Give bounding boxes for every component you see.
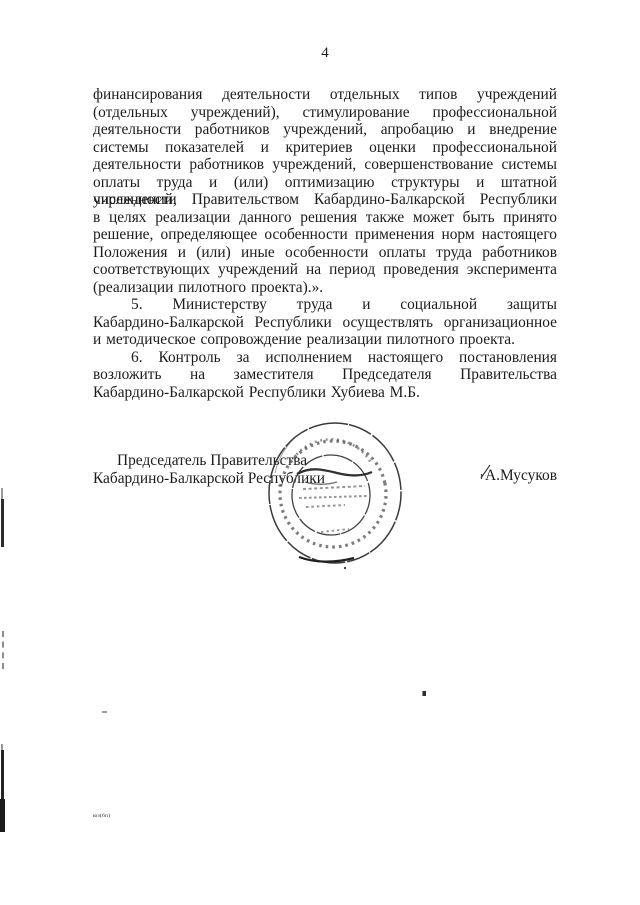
text-line: Кабардино-Балкарской Республики Хубиева … (93, 384, 557, 402)
text-line: деятельности работников учреждений, сове… (93, 156, 557, 174)
text-line: в целях реализации данного решения также… (93, 209, 557, 227)
text-line: Кабардино-Балкарской Республики осуществ… (93, 314, 557, 332)
text-line: соответствующих учреждений на период про… (93, 261, 557, 279)
page-number: 4 (93, 45, 557, 62)
text-line: решение, определяющее особенности примен… (93, 226, 557, 244)
text-line: Положения и (или) иные особенности оплат… (93, 244, 557, 262)
scan-speck-2 (102, 711, 107, 713)
document-body: финансирования деятельности отдельных ти… (93, 86, 557, 401)
signature-flourish (297, 469, 372, 475)
signature-stroke-icon (479, 462, 493, 482)
footer-clerk-mark: юз(6п) (93, 813, 110, 819)
text-line: и методическое сопровождение реализации … (93, 331, 557, 349)
text-line: учреждений, Правительством Кабардино-Бал… (93, 191, 557, 209)
text-line: (отдельных учреждений), стимулирование п… (93, 104, 557, 122)
text-line: (реализации пилотного проекта).». (93, 279, 557, 297)
seal-inner-ring (292, 455, 370, 535)
scan-artifact-dashes (2, 631, 4, 669)
scan-speck-1 (422, 691, 426, 696)
official-seal (253, 411, 421, 577)
text-line: финансирования деятельности отдельных ти… (93, 86, 557, 104)
seal-ring-text (270, 431, 396, 557)
text-line: возложить на заместителя Председателя Пр… (93, 366, 557, 384)
text-line: 6. Контроль за исполнением настоящего по… (93, 349, 557, 367)
signatory-name: А.Мусуков (485, 467, 557, 484)
scan-artifact-bar-2-thick (0, 799, 5, 832)
text-line: оплаты труда и (или) оптимизацию структу… (93, 174, 557, 192)
text-line: деятельности работников учреждений, апро… (93, 121, 557, 139)
signature-name-row: А.Мусуков (485, 467, 557, 485)
text-line: 5. Министерству труда и социальной защит… (93, 296, 557, 314)
text-line: системы показателей и критериев оценки п… (93, 139, 557, 157)
scan-artifact-bar-1 (1, 499, 4, 547)
document-page: 4 финансирования деятельности отдельных … (0, 0, 640, 905)
